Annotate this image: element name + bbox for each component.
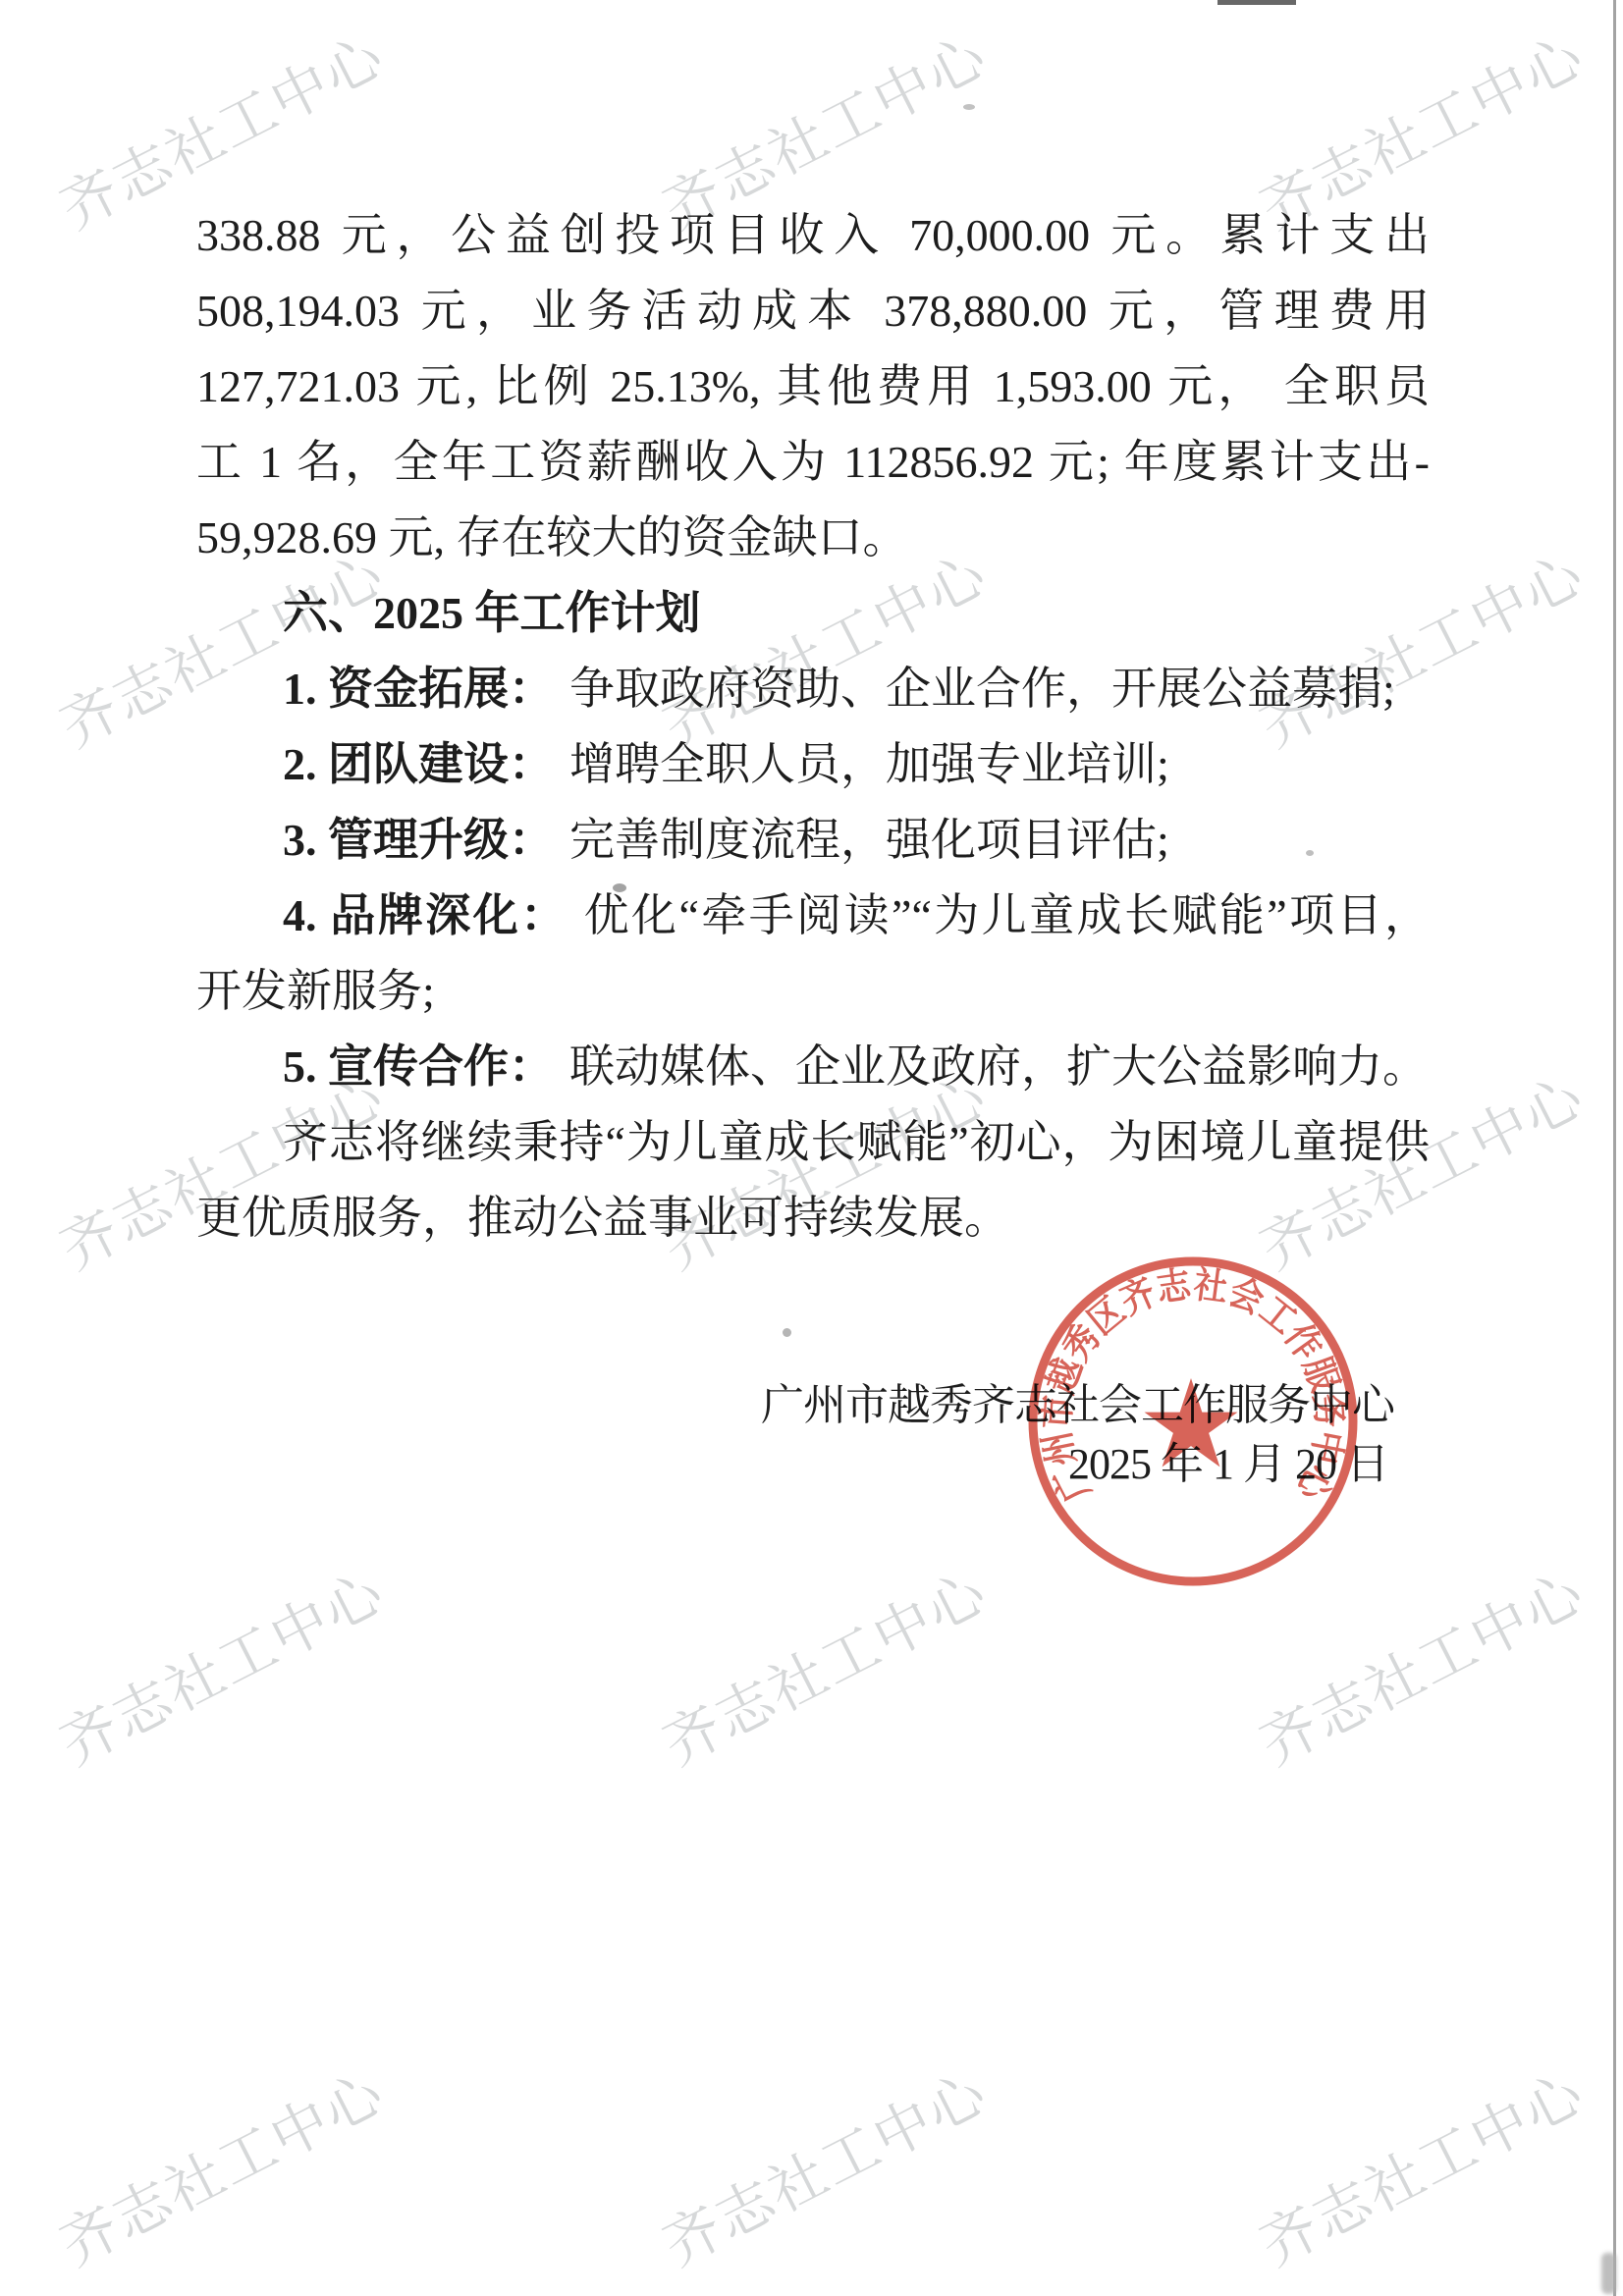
plan-item-1-text: 争取政府资助、企业合作，开展公益募捐; <box>569 664 1395 714</box>
watermark-text: 齐志社工中心 <box>647 2048 1000 2281</box>
plan-item-4-text: 优化“牵手阅读”“为儿童成长赋能”项目， <box>584 890 1430 940</box>
para1-line-5: 59,928.69 元, 存在较大的资金缺口。 <box>196 508 1430 567</box>
document-page: 齐志社工中心齐志社工中心齐志社工中心齐志社工中心齐志社工中心齐志社工中心齐志社工… <box>0 0 1623 2296</box>
plan-item-2-text: 增聘全职人员，加强专业培训; <box>569 739 1169 789</box>
scan-artifact-speck <box>963 104 975 110</box>
plan-item-3-label: 3. 管理升级： <box>283 815 554 865</box>
plan-item-4-label: 4. 品牌深化： <box>283 890 568 940</box>
plan-item-3: 3. 管理升级：完善制度流程，强化项目评估; <box>196 811 1430 870</box>
plan-item-5-text: 联动媒体、企业及政府，扩大公益影响力。 <box>569 1041 1428 1092</box>
watermark-text: 齐志社工中心 <box>44 2048 397 2281</box>
star-icon <box>1145 1378 1238 1467</box>
plan-heading: 六、2025 年工作计划 <box>196 584 1430 643</box>
scan-artifact-edge-line <box>1613 0 1616 2296</box>
plan-item-4: 4. 品牌深化：优化“牵手阅读”“为儿童成长赋能”项目， <box>196 886 1430 945</box>
para1-line-2: 508,194.03 元，业务活动成本 378,880.00 元，管理费用 <box>196 282 1430 341</box>
scan-artifact-edge-smudge <box>1601 2253 1616 2294</box>
plan-item-5: 5. 宣传合作：联动媒体、企业及政府，扩大公益影响力。 <box>196 1038 1430 1096</box>
plan-item-2: 2. 团队建设：增聘全职人员，加强专业培训; <box>196 735 1430 794</box>
watermark-text: 齐志社工中心 <box>44 1547 397 1781</box>
plan-item-4-wrap: 开发新服务; <box>196 962 1430 1021</box>
plan-item-1-label: 1. 资金拓展： <box>283 664 554 714</box>
plan-item-2-label: 2. 团队建设： <box>283 739 554 789</box>
para1-line-1: 338.88 元，公益创投项目收入 70,000.00 元。累计支出 <box>196 206 1430 265</box>
closing-line-1: 齐志将继续秉持“为儿童成长赋能”初心，为困境儿童提供 <box>196 1113 1430 1172</box>
plan-item-1: 1. 资金拓展：争取政府资助、企业合作，开展公益募捐; <box>196 660 1430 719</box>
watermark-text: 齐志社工中心 <box>647 1547 1000 1781</box>
closing-line-2: 更优质服务，推动公益事业可持续发展。 <box>196 1189 1430 1248</box>
para1-line-3: 127,721.03 元, 比例 25.13%, 其他费用 1,593.00 元… <box>196 357 1430 416</box>
scan-artifact-speck <box>1306 850 1314 856</box>
plan-item-3-text: 完善制度流程，强化项目评估; <box>569 815 1169 865</box>
para1-line-4: 工 1 名，全年工资薪酬收入为 112856.92 元; 年度累计支出- <box>196 433 1430 492</box>
scan-artifact-top-bar <box>1217 0 1296 5</box>
watermark-text: 齐志社工中心 <box>1244 2048 1596 2281</box>
official-seal: 广州市越秀区齐志社会工作服务中心 <box>1016 1245 1370 1598</box>
scan-artifact-speck <box>783 1328 791 1337</box>
scan-artifact-speck <box>613 883 626 892</box>
plan-item-5-label: 5. 宣传合作： <box>283 1041 554 1092</box>
